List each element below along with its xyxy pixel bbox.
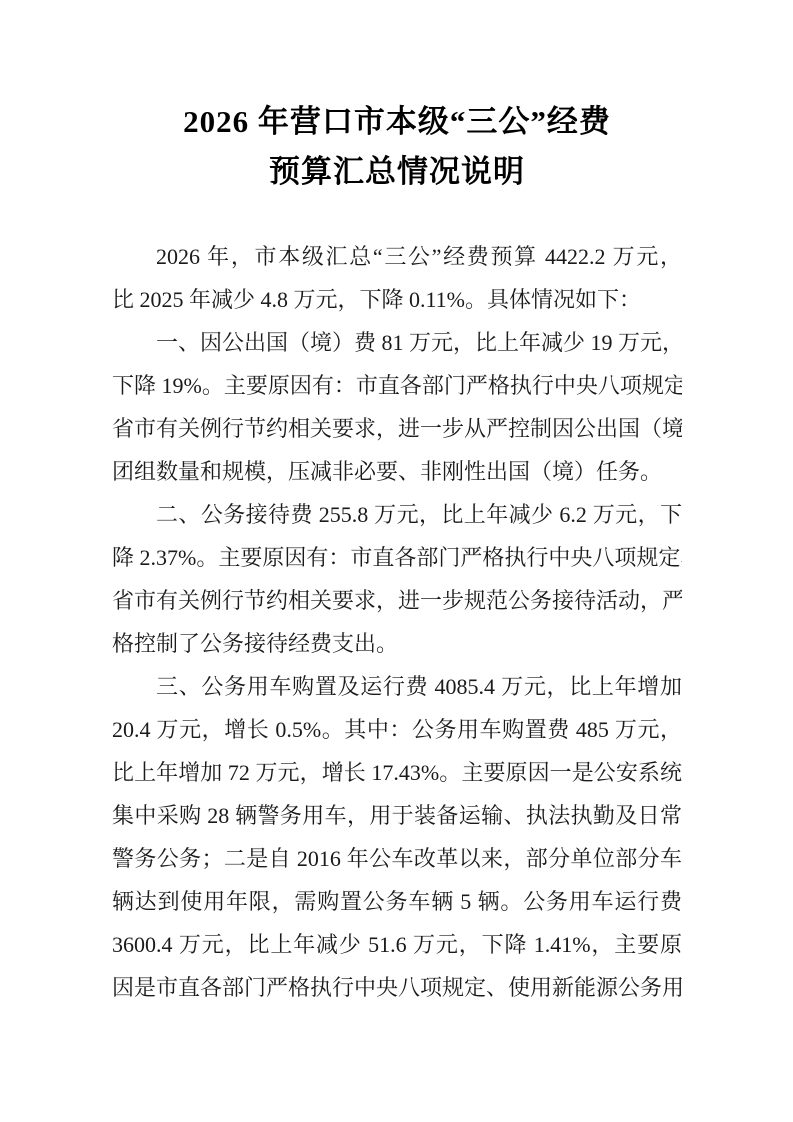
text-line: 警务公务；二是自 2016 年公车改革以来，部分单位部分车: [112, 837, 682, 880]
paragraph-official-reception: 二、公务接待费 255.8 万元，比上年减少 6.2 万元，下降 2.37%。主…: [112, 493, 682, 665]
text-line: 省市有关例行节约相关要求，进一步规范公务接待活动，严: [112, 579, 682, 622]
text-line: 3600.4 万元，比上年减少 51.6 万元，下降 1.41%，主要原: [112, 923, 682, 966]
text-line: 省市有关例行节约相关要求，进一步从严控制因公出国（境）: [112, 407, 682, 450]
document-title-line-2: 预算汇总情况说明: [112, 147, 682, 197]
paragraph-overseas-travel: 一、因公出国（境）费 81 万元，比上年减少 19 万元，下降 19%。主要原因…: [112, 321, 682, 493]
paragraph-official-vehicles: 三、公务用车购置及运行费 4085.4 万元，比上年增加20.4 万元，增长 0…: [112, 665, 682, 1009]
document-page: 2026 年营口市本级“三公”经费 预算汇总情况说明 2026 年，市本级汇总“…: [0, 0, 793, 1122]
text-line: 因是市直各部门严格执行中央八项规定、使用新能源公务用: [112, 966, 682, 1009]
document-body: 2026 年，市本级汇总“三公”经费预算 4422.2 万元，比 2025 年减…: [112, 235, 682, 1009]
text-line: 比上年增加 72 万元，增长 17.43%。主要原因一是公安系统: [112, 751, 682, 794]
text-line: 三、公务用车购置及运行费 4085.4 万元，比上年增加: [112, 665, 682, 708]
document-title: 2026 年营口市本级“三公”经费 预算汇总情况说明: [112, 97, 682, 197]
text-line: 团组数量和规模，压减非必要、非刚性出国（境）任务。: [112, 450, 682, 493]
text-line: 比 2025 年减少 4.8 万元，下降 0.11%。具体情况如下：: [112, 278, 682, 321]
paragraph-summary: 2026 年，市本级汇总“三公”经费预算 4422.2 万元，比 2025 年减…: [112, 235, 682, 321]
text-line: 下降 19%。主要原因有：市直各部门严格执行中央八项规定、: [112, 364, 682, 407]
text-line: 格控制了公务接待经费支出。: [112, 622, 682, 665]
text-line: 一、因公出国（境）费 81 万元，比上年减少 19 万元，: [112, 321, 682, 364]
text-line: 辆达到使用年限，需购置公务车辆 5 辆。公务用车运行费: [112, 880, 682, 923]
text-line: 2026 年，市本级汇总“三公”经费预算 4422.2 万元，: [112, 235, 682, 278]
text-line: 集中采购 28 辆警务用车，用于装备运输、执法执勤及日常: [112, 794, 682, 837]
text-line: 二、公务接待费 255.8 万元，比上年减少 6.2 万元，下: [112, 493, 682, 536]
text-line: 降 2.37%。主要原因有：市直各部门严格执行中央八项规定、: [112, 536, 682, 579]
text-line: 20.4 万元，增长 0.5%。其中：公务用车购置费 485 万元，: [112, 708, 682, 751]
document-title-line-1: 2026 年营口市本级“三公”经费: [112, 97, 682, 147]
